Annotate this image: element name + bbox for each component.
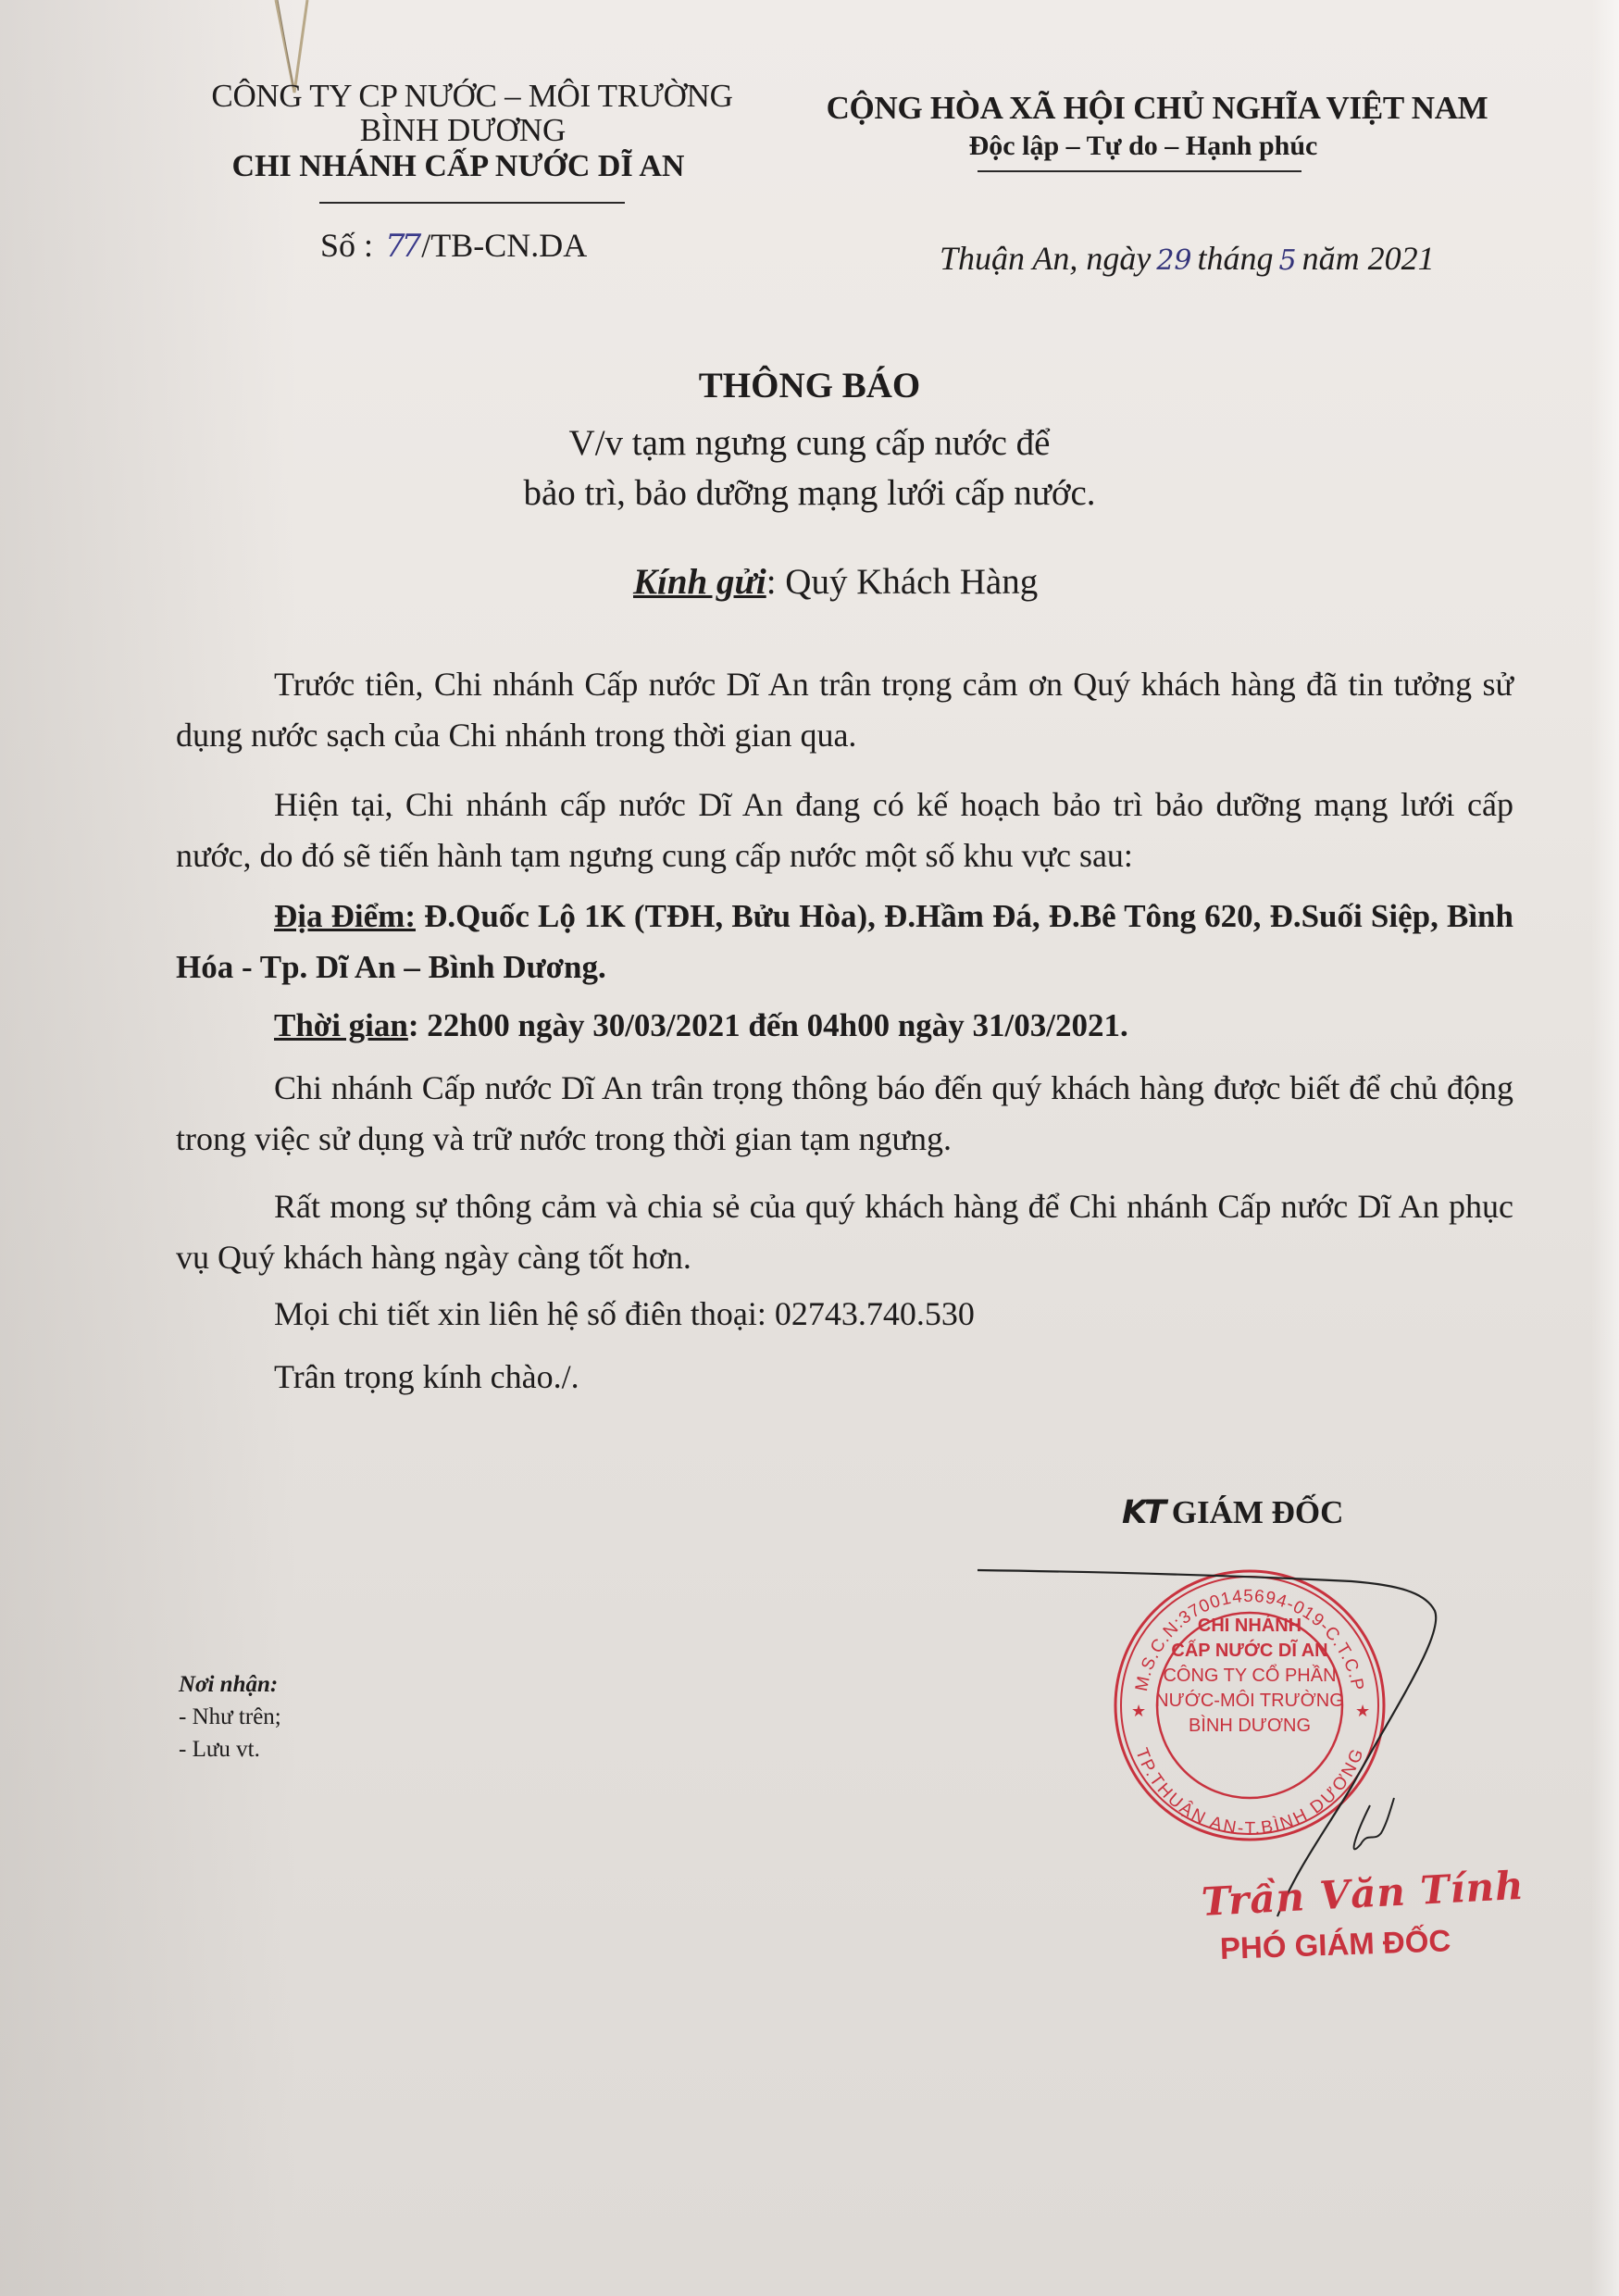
date-year: năm 2021 bbox=[1302, 240, 1435, 277]
paper-highlight-right bbox=[1591, 0, 1619, 2296]
date-place: Thuận An, ngày bbox=[940, 240, 1151, 277]
nation-name: CỘNG HÒA XÃ HỘI CHỦ NGHĨA VIỆT NAM bbox=[796, 89, 1518, 128]
document-number-suffix: /TB-CN.DA bbox=[421, 227, 587, 264]
recipients-label: Nơi nhận: bbox=[179, 1668, 281, 1701]
time-value: : 22h00 ngày 30/03/2021 đến 04h00 ngày 3… bbox=[408, 1007, 1128, 1043]
date-month-label: tháng bbox=[1198, 240, 1274, 277]
company-name-line2: BÌNH DƯƠNG bbox=[157, 115, 768, 146]
document-number: Số : 77/TB-CN.DA bbox=[320, 226, 587, 265]
document-subject: V/v tạm ngưng cung cấp nước để bảo trì, … bbox=[0, 418, 1619, 518]
paragraph-time: Thời gian: 22h00 ngày 30/03/2021 đến 04h… bbox=[176, 1000, 1513, 1051]
national-motto: Độc lập – Tự do – Hạnh phúc bbox=[768, 128, 1518, 165]
date-month-handwritten: 5 bbox=[1279, 244, 1297, 277]
document-number-handwritten: 77 bbox=[385, 228, 417, 265]
location-label: Địa Điểm: bbox=[274, 898, 416, 934]
document-number-label: Số : bbox=[320, 227, 373, 264]
paragraph-location: Địa Điểm: Đ.Quốc Lộ 1K (TĐH, Bửu Hòa), Đ… bbox=[176, 891, 1513, 992]
branch-name: CHI NHÁNH CẤP NƯỚC DĨ AN bbox=[148, 146, 768, 187]
paragraph-thanks: Trước tiên, Chi nhánh Cấp nước Dĩ An trâ… bbox=[176, 659, 1513, 761]
subject-line1: V/v tạm ngưng cung cấp nước để bbox=[0, 418, 1619, 468]
signing-position: GIÁM ĐỐC bbox=[1172, 1494, 1344, 1530]
contact-line: Mọi chi tiết xin liên hệ số điên thoại: … bbox=[274, 1294, 975, 1333]
kt-handwritten: KT bbox=[1122, 1494, 1164, 1531]
addressee-label: Kính gửi bbox=[633, 562, 766, 602]
paragraph-appreciation: Rất mong sự thông cảm và chia sẻ của quý… bbox=[176, 1181, 1513, 1283]
paragraph-plan: Hiện tại, Chi nhánh cấp nước Dĩ An đang … bbox=[176, 780, 1513, 881]
recipient-item: - Lưu vt. bbox=[179, 1733, 281, 1766]
date-line: Thuận An, ngày29tháng5năm 2021 bbox=[940, 239, 1435, 278]
recipient-item: - Như trên; bbox=[179, 1701, 281, 1733]
signer-title: PHÓ GIÁM ĐỐC bbox=[1219, 1923, 1451, 1966]
motto-underline bbox=[978, 170, 1301, 172]
time-label: Thời gian bbox=[274, 1007, 408, 1043]
document-title: THÔNG BÁO bbox=[0, 365, 1619, 406]
national-header: CỘNG HÒA XÃ HỘI CHỦ NGHĨA VIỆT NAM Độc l… bbox=[796, 89, 1518, 172]
closing-line: Trân trọng kính chào./. bbox=[274, 1357, 579, 1396]
paragraph-notice: Chi nhánh Cấp nước Dĩ An trân trọng thôn… bbox=[176, 1063, 1513, 1165]
company-name-line1: CÔNG TY CP NƯỚC – MÔI TRƯỜNG bbox=[176, 78, 768, 115]
signing-authority: KT GIÁM ĐỐC bbox=[1122, 1494, 1343, 1531]
recipients-block: Nơi nhận: - Như trên; - Lưu vt. bbox=[179, 1668, 281, 1766]
addressee-value: : Quý Khách Hàng bbox=[766, 562, 1039, 602]
issuer-header: CÔNG TY CP NƯỚC – MÔI TRƯỜNG BÌNH DƯƠNG … bbox=[176, 78, 768, 204]
header-divider bbox=[319, 202, 625, 204]
date-day-handwritten: 29 bbox=[1156, 244, 1191, 277]
subject-line2: bảo trì, bảo dưỡng mạng lưới cấp nước. bbox=[0, 468, 1619, 518]
addressee: Kính gửi: Quý Khách Hàng bbox=[633, 561, 1038, 603]
